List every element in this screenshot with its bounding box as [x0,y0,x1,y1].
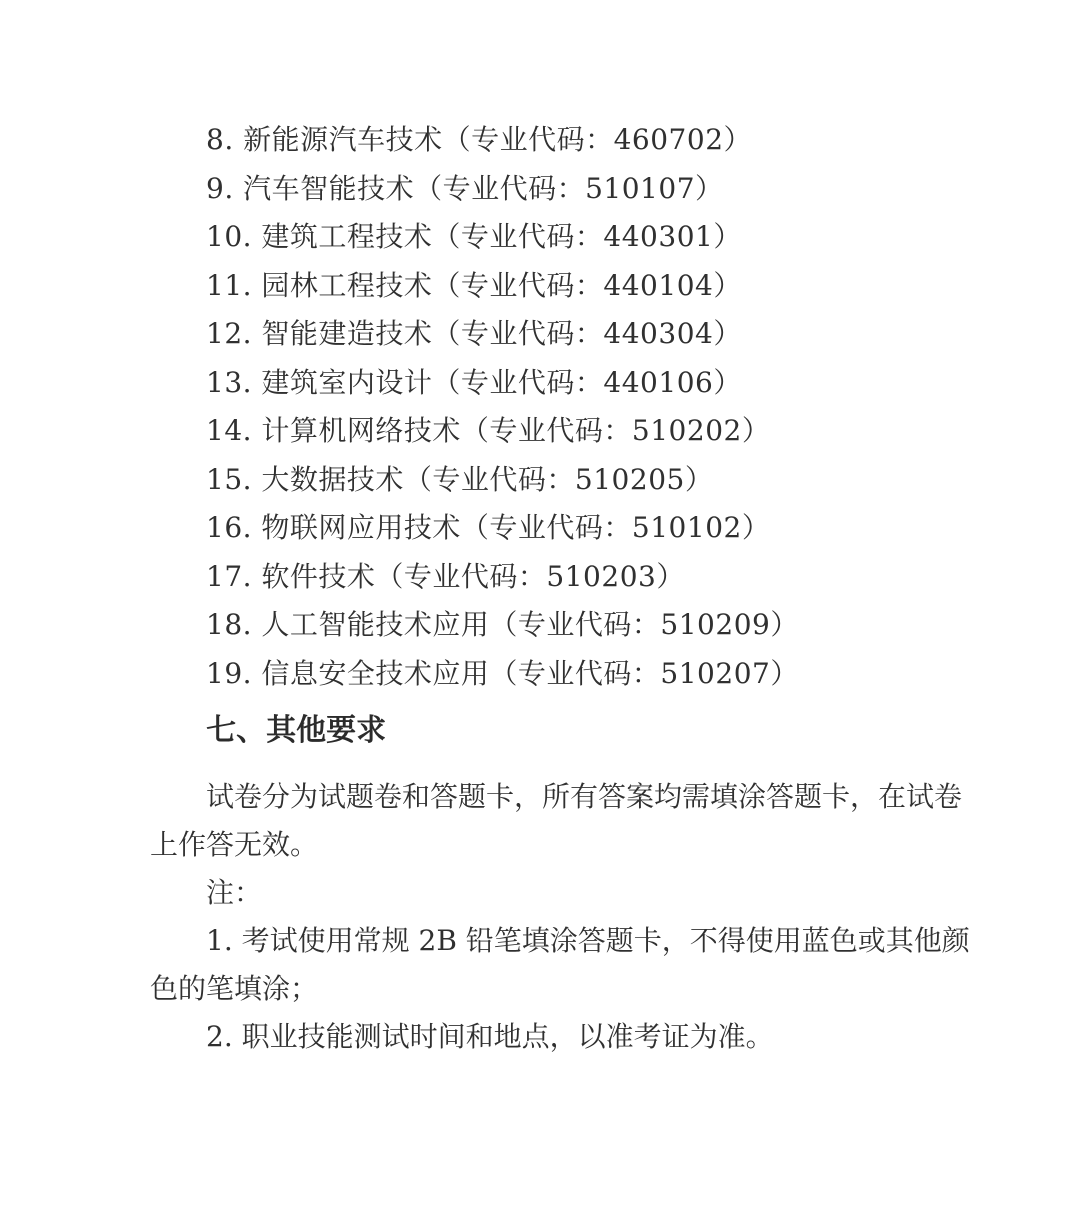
majors-list: 8. 新能源汽车技术（专业代码：460702） 9. 汽车智能技术（专业代码：5… [150,0,950,698]
major-item-19: 19. 信息安全技术应用（专业代码：510207） [150,650,950,699]
major-item-14: 14. 计算机网络技术（专业代码：510202） [150,407,950,456]
note-item-2: 2. 职业技能测试时间和地点，以准考证为准。 [150,1013,950,1061]
major-item-10: 10. 建筑工程技术（专业代码：440301） [150,213,950,262]
major-item-11: 11. 园林工程技术（专业代码：440104） [150,262,950,311]
major-item-16: 16. 物联网应用技术（专业代码：510102） [150,504,950,553]
major-item-9: 9. 汽车智能技术（专业代码：510107） [150,165,950,214]
section-heading: 七、其他要求 [150,707,950,755]
paragraph-line-2: 上作答无效。 [150,821,950,869]
paragraph-line-1: 试卷分为试题卷和答题卡，所有答案均需填涂答题卡，在试卷 [150,773,950,821]
note-label: 注： [150,869,950,917]
major-item-12: 12. 智能建造技术（专业代码：440304） [150,310,950,359]
note-item-1-line-2: 色的笔填涂； [150,965,950,1013]
major-item-17: 17. 软件技术（专业代码：510203） [150,553,950,602]
document-page: 8. 新能源汽车技术（专业代码：460702） 9. 汽车智能技术（专业代码：5… [0,0,1080,1216]
major-item-15: 15. 大数据技术（专业代码：510205） [150,456,950,505]
major-item-13: 13. 建筑室内设计（专业代码：440106） [150,359,950,408]
major-item-8: 8. 新能源汽车技术（专业代码：460702） [150,116,950,165]
other-requirements: 试卷分为试题卷和答题卡，所有答案均需填涂答题卡，在试卷 上作答无效。 注： 1.… [150,773,950,1061]
document-content: 8. 新能源汽车技术（专业代码：460702） 9. 汽车智能技术（专业代码：5… [150,0,950,1061]
major-item-18: 18. 人工智能技术应用（专业代码：510209） [150,601,950,650]
note-item-1-line-1: 1. 考试使用常规 2B 铅笔填涂答题卡，不得使用蓝色或其他颜 [150,917,950,965]
